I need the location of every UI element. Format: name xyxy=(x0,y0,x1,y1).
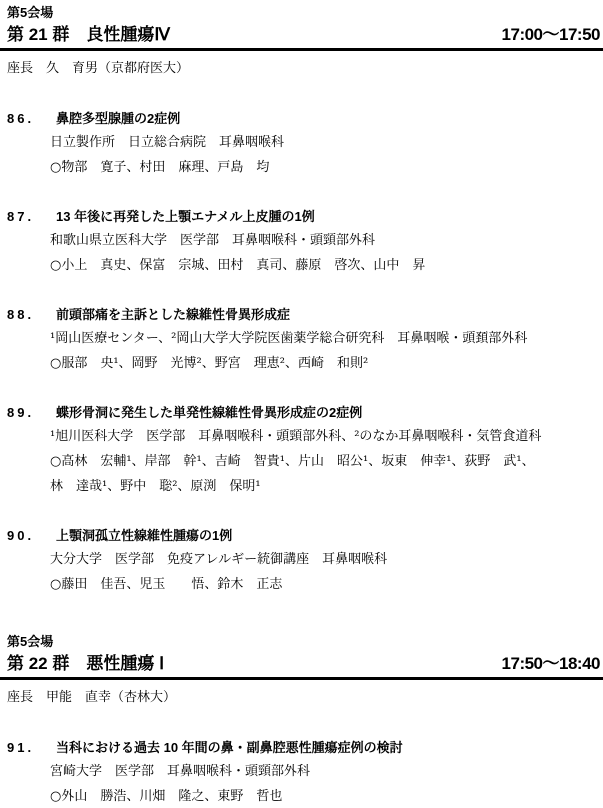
session-group-header: 第 21 群 良性腫瘍Ⅳ 17:00～17:50 xyxy=(0,24,603,51)
presentation-detail-line: 和歌山県立医科大学 医学部 耳鼻咽喉科・頭頸部外科 xyxy=(50,228,603,253)
presentation-body: 上顎洞孤立性線維性腫瘍の1例 大分大学 医学部 免疫アレルギー統御講座 耳鼻咽喉… xyxy=(56,527,603,597)
session-group-header: 第 22 群 悪性腫瘍 Ⅰ 17:50～18:40 xyxy=(0,653,603,680)
presentation-number: 89. xyxy=(0,404,56,499)
presentation-number: 91. xyxy=(0,739,56,808)
presentation-detail-line: 大分大学 医学部 免疫アレルギー統御講座 耳鼻咽喉科 xyxy=(50,547,603,572)
presentation-body: 鼻腔多型腺腫の2症例 日立製作所 日立総合病院 耳鼻咽喉科○物部 寛子、村田 麻… xyxy=(56,110,603,180)
presentation-item: 88. 前頭部痛を主訴とした線維性骨異形成症 ¹岡山医療センター、²岡山大学大学… xyxy=(0,306,603,376)
session-section: 第5会場 第 21 群 良性腫瘍Ⅳ 17:00～17:50 座長 久 育男（京都… xyxy=(0,4,603,597)
presentation-detail-line: 日立製作所 日立総合病院 耳鼻咽喉科 xyxy=(50,130,603,155)
presentation-list: 86. 鼻腔多型腺腫の2症例 日立製作所 日立総合病院 耳鼻咽喉科○物部 寛子、… xyxy=(0,110,603,597)
presentation-title: 前頭部痛を主訴とした線維性骨異形成症 xyxy=(56,306,603,324)
presentation-item: 86. 鼻腔多型腺腫の2症例 日立製作所 日立総合病院 耳鼻咽喉科○物部 寛子、… xyxy=(0,110,603,180)
presentation-number: 86. xyxy=(0,110,56,180)
conference-program-page: 第5会場 第 21 群 良性腫瘍Ⅳ 17:00～17:50 座長 久 育男（京都… xyxy=(0,0,603,808)
venue-label: 第5会場 xyxy=(7,633,603,651)
presentation-title: 鼻腔多型腺腫の2症例 xyxy=(56,110,603,128)
presentation-detail-line: 宮崎大学 医学部 耳鼻咽喉科・頭頸部外科 xyxy=(50,759,603,784)
presentation-item: 91. 当科における過去 10 年間の鼻・副鼻腔悪性腫瘍症例の検討 宮崎大学 医… xyxy=(0,739,603,808)
presentation-body: 前頭部痛を主訴とした線維性骨異形成症 ¹岡山医療センター、²岡山大学大学院医歯薬… xyxy=(56,306,603,376)
presentation-details: 日立製作所 日立総合病院 耳鼻咽喉科○物部 寛子、村田 麻理、戸島 均 xyxy=(56,130,603,180)
presentation-title: 上顎洞孤立性線維性腫瘍の1例 xyxy=(56,527,603,545)
presentation-item: 89. 蝶形骨洞に発生した単発性線維性骨異形成症の2症例 ¹旭川医科大学 医学部… xyxy=(0,404,603,499)
presentation-item: 90. 上顎洞孤立性線維性腫瘍の1例 大分大学 医学部 免疫アレルギー統御講座 … xyxy=(0,527,603,597)
presentation-details: 和歌山県立医科大学 医学部 耳鼻咽喉科・頭頸部外科○小上 真史、保富 宗城、田村… xyxy=(56,228,603,278)
presentation-title: 13 年後に再発した上顎エナメル上皮腫の1例 xyxy=(56,208,603,226)
session-section: 第5会場 第 22 群 悪性腫瘍 Ⅰ 17:50～18:40 座長 甲能 直幸（… xyxy=(0,633,603,808)
presentation-detail-line: ¹旭川医科大学 医学部 耳鼻咽喉科・頭頸部外科、²のなか耳鼻咽喉科・気管食道科 xyxy=(50,424,603,449)
presentation-number: 90. xyxy=(0,527,56,597)
presentation-number: 88. xyxy=(0,306,56,376)
presentation-body: 13 年後に再発した上顎エナメル上皮腫の1例 和歌山県立医科大学 医学部 耳鼻咽… xyxy=(56,208,603,278)
presentation-details: 宮崎大学 医学部 耳鼻咽喉科・頭頸部外科○外山 勝浩、川畑 隆之、東野 哲也 xyxy=(56,759,603,808)
presentation-title: 蝶形骨洞に発生した単発性線維性骨異形成症の2症例 xyxy=(56,404,603,422)
session-time-range: 17:50～18:40 xyxy=(502,654,600,674)
presentation-detail-line: ○高林 宏輔¹、岸部 幹¹、吉崎 智貴¹、片山 昭公¹、坂東 伸幸¹、荻野 武¹… xyxy=(50,449,603,474)
presentation-details: ¹岡山医療センター、²岡山大学大学院医歯薬学総合研究科 耳鼻咽喉・頭頚部外科○服… xyxy=(56,326,603,376)
presentation-body: 蝶形骨洞に発生した単発性線維性骨異形成症の2症例 ¹旭川医科大学 医学部 耳鼻咽… xyxy=(56,404,603,499)
presentation-detail-line: ○藤田 佳吾、児玉 悟、鈴木 正志 xyxy=(50,572,603,597)
presentation-detail-line: ¹岡山医療センター、²岡山大学大学院医歯薬学総合研究科 耳鼻咽喉・頭頚部外科 xyxy=(50,326,603,351)
presentation-detail-line: 林 達哉¹、野中 聡²、原渕 保明¹ xyxy=(50,474,603,499)
session-chair: 座長 甲能 直幸（杏林大） xyxy=(7,688,603,706)
presentation-detail-line: ○服部 央¹、岡野 光博²、野宮 理恵²、西崎 和則² xyxy=(50,351,603,376)
presentation-detail-line: ○物部 寛子、村田 麻理、戸島 均 xyxy=(50,155,603,180)
presentation-list: 91. 当科における過去 10 年間の鼻・副鼻腔悪性腫瘍症例の検討 宮崎大学 医… xyxy=(0,739,603,808)
session-group-title: 第 21 群 良性腫瘍Ⅳ xyxy=(7,25,170,45)
session-group-title: 第 22 群 悪性腫瘍 Ⅰ xyxy=(7,654,164,674)
presentation-title: 当科における過去 10 年間の鼻・副鼻腔悪性腫瘍症例の検討 xyxy=(56,739,603,757)
presentation-detail-line: ○外山 勝浩、川畑 隆之、東野 哲也 xyxy=(50,784,603,808)
presentation-number: 87. xyxy=(0,208,56,278)
presentation-details: 大分大学 医学部 免疫アレルギー統御講座 耳鼻咽喉科○藤田 佳吾、児玉 悟、鈴木… xyxy=(56,547,603,597)
presentation-detail-line: ○小上 真史、保富 宗城、田村 真司、藤原 啓次、山中 昇 xyxy=(50,253,603,278)
venue-label: 第5会場 xyxy=(7,4,603,22)
session-chair: 座長 久 育男（京都府医大） xyxy=(7,59,603,77)
presentation-item: 87. 13 年後に再発した上顎エナメル上皮腫の1例 和歌山県立医科大学 医学部… xyxy=(0,208,603,278)
program-sections: 第5会場 第 21 群 良性腫瘍Ⅳ 17:00～17:50 座長 久 育男（京都… xyxy=(0,4,603,808)
presentation-details: ¹旭川医科大学 医学部 耳鼻咽喉科・頭頸部外科、²のなか耳鼻咽喉科・気管食道科○… xyxy=(56,424,603,499)
presentation-body: 当科における過去 10 年間の鼻・副鼻腔悪性腫瘍症例の検討 宮崎大学 医学部 耳… xyxy=(56,739,603,808)
session-time-range: 17:00～17:50 xyxy=(502,25,600,45)
